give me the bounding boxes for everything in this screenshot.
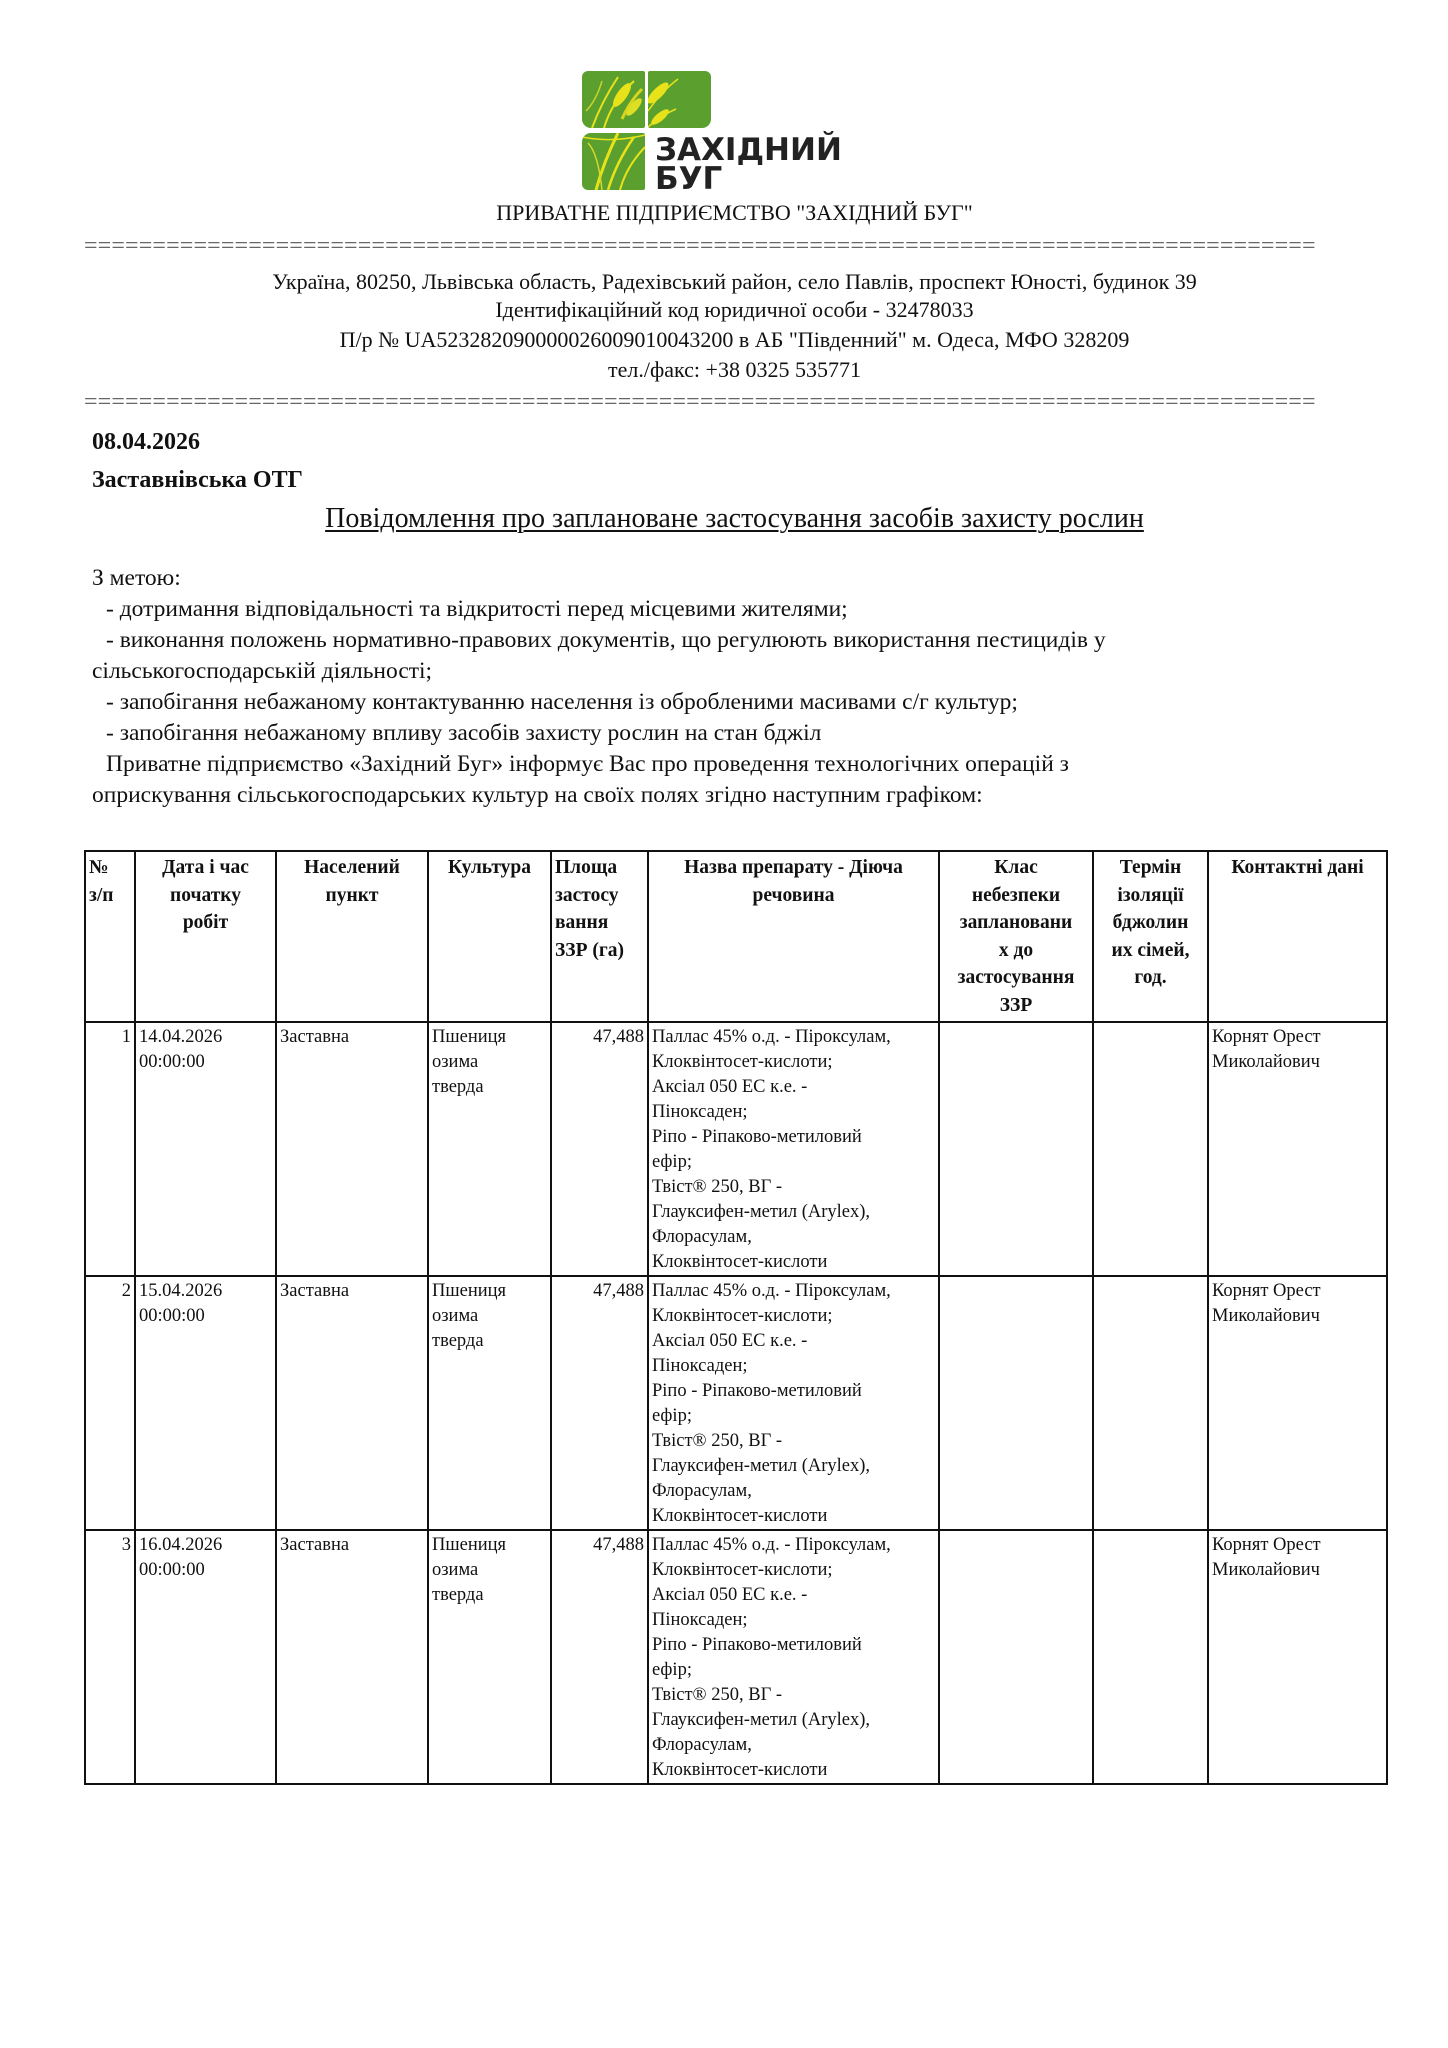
cell-settlement: Заставна <box>276 1276 428 1530</box>
letter-recipient: Заставнівська ОТГ <box>92 465 303 495</box>
cell-area: 47,488 <box>551 1530 648 1784</box>
purpose-item: - дотримання відповідальності та відкрит… <box>92 594 1392 625</box>
cell-products-line: Клоквінтосет-кислоти <box>652 1504 935 1529</box>
cell-number: 1 <box>85 1022 135 1276</box>
cell-hazard-class <box>939 1530 1093 1784</box>
cell-contact: Корнят ОрестМиколайович <box>1208 1530 1387 1784</box>
header-col-area: ПлощазастосуванняЗЗР (га) <box>551 851 648 1022</box>
cell-products-line: Флорасулам, <box>652 1479 935 1504</box>
logo-tile-top-right <box>648 71 711 128</box>
cell-products-line: ефір; <box>652 1404 935 1429</box>
cell-products: Паллас 45% о.д. - Піроксулам,Клоквінтосе… <box>648 1276 939 1530</box>
cell-products-line: Паллас 45% о.д. - Піроксулам, <box>652 1533 935 1558</box>
letter-title-text: Повідомлення про заплановане застосуванн… <box>325 503 1144 534</box>
company-phone: тел./факс: +38 0325 535771 <box>84 357 1385 383</box>
cell-products-line: Ріпо - Ріпаково-метиловий <box>652 1633 935 1658</box>
cell-crop-line: озима <box>432 1304 547 1329</box>
cell-crop: Пшеницяозиматверда <box>428 1276 551 1530</box>
cell-products-line: Флорасулам, <box>652 1733 935 1758</box>
header-col-contact: Контактні дані <box>1208 851 1387 1022</box>
cell-settlement: Заставна <box>276 1022 428 1276</box>
cell-products-line: Клоквінтосет-кислоти <box>652 1758 935 1783</box>
header-line: Населений <box>280 854 424 882</box>
cell-start-datetime-line: 00:00:00 <box>139 1558 272 1583</box>
header-col-crop: Культура <box>428 851 551 1022</box>
table-row: 114.04.202600:00:00ЗаставнаПшеницяозимат… <box>85 1022 1387 1276</box>
cell-start-datetime: 15.04.202600:00:00 <box>135 1276 276 1530</box>
cell-hazard-class <box>939 1276 1093 1530</box>
cell-products-line: Піноксаден; <box>652 1354 935 1379</box>
purpose-item: - запобігання небажаному контактуванню н… <box>92 687 1392 718</box>
cell-hazard-class <box>939 1022 1093 1276</box>
company-bank: П/р № UA523282090000026009010043200 в АБ… <box>84 327 1385 353</box>
notice-paragraph-line: Приватне підприємство «Західний Буг» інф… <box>92 749 1392 780</box>
company-legal-id: Ідентифікаційний код юридичної особи - 3… <box>84 297 1385 323</box>
cell-contact: Корнят ОрестМиколайович <box>1208 1022 1387 1276</box>
cell-products-line: Твіст® 250, ВГ - <box>652 1175 935 1200</box>
header-line: заплановани <box>943 909 1089 937</box>
header-line: Клас <box>943 854 1089 882</box>
header-col-settlement: Населенийпункт <box>276 851 428 1022</box>
cell-products-line: Аксіал 050 ЕС к.е. - <box>652 1329 935 1354</box>
cell-area: 47,488 <box>551 1022 648 1276</box>
cell-products-line: Клоквінтосет-кислоти <box>652 1250 935 1275</box>
logo-tile-bottom-left <box>582 133 645 190</box>
cell-products-line: Глауксифен-метил (Arylex), <box>652 1454 935 1479</box>
cell-contact-line: Миколайович <box>1212 1304 1383 1329</box>
header-line: пункт <box>280 882 424 910</box>
cell-area: 47,488 <box>551 1276 648 1530</box>
cell-products-line: Аксіал 050 ЕС к.е. - <box>652 1583 935 1608</box>
cell-products-line: Флорасулам, <box>652 1225 935 1250</box>
header-line: Культура <box>432 854 547 882</box>
cell-products-line: Аксіал 050 ЕС к.е. - <box>652 1075 935 1100</box>
cell-products-line: Глауксифен-метил (Arylex), <box>652 1200 935 1225</box>
logo-tile-top-left <box>582 71 645 128</box>
cell-crop-line: озима <box>432 1050 547 1075</box>
cell-start-datetime: 14.04.202600:00:00 <box>135 1022 276 1276</box>
cell-start-datetime-line: 15.04.2026 <box>139 1279 272 1304</box>
table-header-row: №з/пДата і часпочаткуробітНаселенийпункт… <box>85 851 1387 1022</box>
wheat-icon <box>582 133 645 190</box>
table-row: 316.04.202600:00:00ЗаставнаПшеницяозимат… <box>85 1530 1387 1784</box>
cell-products-line: ефір; <box>652 1150 935 1175</box>
cell-contact-line: Корнят Орест <box>1212 1279 1383 1304</box>
cell-products: Паллас 45% о.д. - Піроксулам,Клоквінтосе… <box>648 1530 939 1784</box>
company-logo: ЗАХІДНИЙ БУГ <box>582 71 882 191</box>
header-line: початку <box>139 882 272 910</box>
cell-products-line: Ріпо - Ріпаково-метиловий <box>652 1379 935 1404</box>
header-line: бджолин <box>1097 909 1204 937</box>
header-line: Назва препарату - Діюча <box>652 854 935 882</box>
company-address: Україна, 80250, Львівська область, Радех… <box>84 269 1385 295</box>
cell-crop-line: Пшениця <box>432 1279 547 1304</box>
wheat-icon <box>582 71 645 128</box>
header-line: их сімей, <box>1097 937 1204 965</box>
header-line: Площа <box>555 854 644 882</box>
cell-contact: Корнят ОрестМиколайович <box>1208 1276 1387 1530</box>
cell-bee-isolation <box>1093 1530 1208 1784</box>
intro-text: З метою: <box>92 563 1392 594</box>
cell-crop-line: Пшениця <box>432 1025 547 1050</box>
cell-products-line: Клоквінтосет-кислоти; <box>652 1050 935 1075</box>
cell-crop-line: тверда <box>432 1329 547 1354</box>
cell-crop: Пшеницяозиматверда <box>428 1022 551 1276</box>
header-line: робіт <box>139 909 272 937</box>
cell-products-line: Твіст® 250, ВГ - <box>652 1429 935 1454</box>
header-line: Дата і час <box>139 854 272 882</box>
spraying-schedule-table: №з/пДата і часпочаткуробітНаселенийпункт… <box>84 850 1388 1785</box>
cell-bee-isolation <box>1093 1022 1208 1276</box>
header-col-bee-isolation: Термінізоляціїбджолиних сімей,год. <box>1093 851 1208 1022</box>
cell-products-line: Клоквінтосет-кислоти; <box>652 1304 935 1329</box>
header-line: Термін <box>1097 854 1204 882</box>
header-line: № <box>89 854 131 882</box>
cell-number: 2 <box>85 1276 135 1530</box>
cell-contact-line: Миколайович <box>1212 1050 1383 1075</box>
cell-products-line: Паллас 45% о.д. - Піроксулам, <box>652 1279 935 1304</box>
header-col-product: Назва препарату - Діючаречовина <box>648 851 939 1022</box>
header-line: ЗЗР <box>943 992 1089 1020</box>
letter-title: Повідомлення про заплановане застосуванн… <box>84 501 1385 537</box>
header-line: вання <box>555 909 644 937</box>
cell-products-line: Глауксифен-метил (Arylex), <box>652 1708 935 1733</box>
cell-contact-line: Миколайович <box>1212 1558 1383 1583</box>
separator-top: ========================================… <box>84 236 1385 256</box>
cell-start-datetime: 16.04.202600:00:00 <box>135 1530 276 1784</box>
header-line: небезпеки <box>943 882 1089 910</box>
header-line: ЗЗР (га) <box>555 937 644 965</box>
letter-body: З метою: - дотримання відповідальності т… <box>92 563 1392 811</box>
cell-start-datetime-line: 14.04.2026 <box>139 1025 272 1050</box>
purpose-item-continuation: сільськогосподарській діяльності; <box>92 656 1392 687</box>
logo-text-line2: БУГ <box>655 164 722 195</box>
header-col-number: №з/п <box>85 851 135 1022</box>
table-row: 215.04.202600:00:00ЗаставнаПшеницяозимат… <box>85 1276 1387 1530</box>
header-line: х до <box>943 937 1089 965</box>
cell-products-line: ефір; <box>652 1658 935 1683</box>
cell-products: Паллас 45% о.д. - Піроксулам,Клоквінтосе… <box>648 1022 939 1276</box>
cell-crop-line: тверда <box>432 1583 547 1608</box>
cell-products-line: Клоквінтосет-кислоти; <box>652 1558 935 1583</box>
cell-start-datetime-line: 16.04.2026 <box>139 1533 272 1558</box>
cell-products-line: Піноксаден; <box>652 1100 935 1125</box>
letter-date: 08.04.2026 <box>92 427 200 457</box>
header-line: застосування <box>943 964 1089 992</box>
cell-bee-isolation <box>1093 1276 1208 1530</box>
cell-start-datetime-line: 00:00:00 <box>139 1050 272 1075</box>
header-col-hazard-class: Класнебезпекизапланованих дозастосування… <box>939 851 1093 1022</box>
cell-contact-line: Корнят Орест <box>1212 1025 1383 1050</box>
wheat-icon <box>648 71 711 128</box>
cell-crop-line: озима <box>432 1558 547 1583</box>
cell-crop-line: тверда <box>432 1075 547 1100</box>
header-line: год. <box>1097 964 1204 992</box>
cell-products-line: Твіст® 250, ВГ - <box>652 1683 935 1708</box>
purpose-item: - запобігання небажаному впливу засобів … <box>92 718 1392 749</box>
cell-number: 3 <box>85 1530 135 1784</box>
header-line: речовина <box>652 882 935 910</box>
header-line: ізоляції <box>1097 882 1204 910</box>
header-line: з/п <box>89 882 131 910</box>
header-line: Контактні дані <box>1212 854 1383 882</box>
company-name: ПРИВАТНЕ ПІДПРИЄМСТВО "ЗАХІДНИЙ БУГ" <box>84 200 1385 226</box>
cell-products-line: Паллас 45% о.д. - Піроксулам, <box>652 1025 935 1050</box>
purpose-item: - виконання положень нормативно-правових… <box>92 625 1392 656</box>
cell-crop: Пшеницяозиматверда <box>428 1530 551 1784</box>
cell-contact-line: Корнят Орест <box>1212 1533 1383 1558</box>
cell-start-datetime-line: 00:00:00 <box>139 1304 272 1329</box>
header-line: застосу <box>555 882 644 910</box>
header-col-start-datetime: Дата і часпочаткуробіт <box>135 851 276 1022</box>
notice-paragraph-line: оприскування сільськогосподарських культ… <box>92 780 1392 811</box>
cell-products-line: Ріпо - Ріпаково-метиловий <box>652 1125 935 1150</box>
cell-crop-line: Пшениця <box>432 1533 547 1558</box>
cell-products-line: Піноксаден; <box>652 1608 935 1633</box>
separator-bottom: ========================================… <box>84 392 1385 412</box>
cell-settlement: Заставна <box>276 1530 428 1784</box>
